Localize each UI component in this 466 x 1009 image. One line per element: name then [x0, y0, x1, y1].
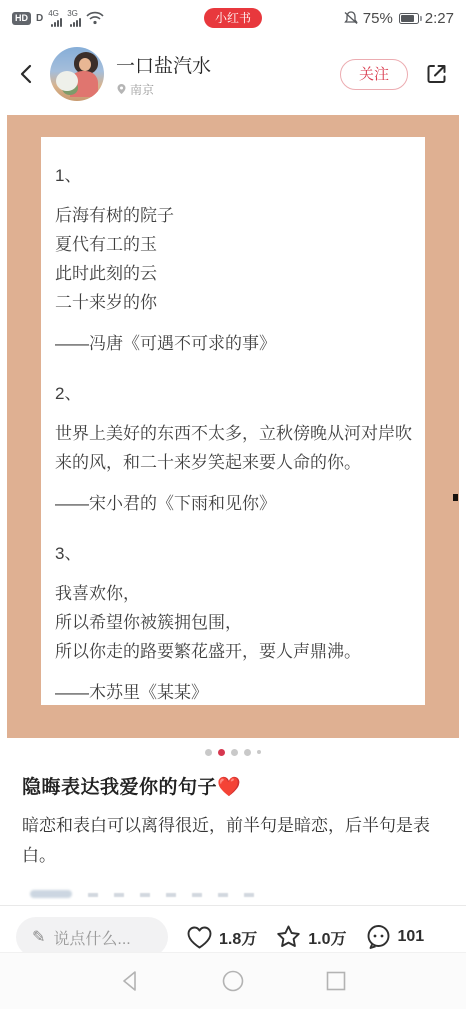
poem-card: 1、 后海有树的院子 夏代有工的玉 此时此刻的云 二十来岁的你 ——冯唐《可遇不…	[41, 137, 425, 705]
poem-line: 夏代有工的玉	[55, 230, 417, 259]
status-bar: HD D 4G 3G 小红书 75% 2:27	[0, 0, 466, 36]
nav-recents-icon[interactable]	[324, 969, 348, 993]
poem-line: 此时此刻的云	[55, 259, 417, 288]
post-body: 暗恋和表白可以离得很近，前半句是暗恋，后半句是表白。	[22, 811, 444, 871]
poem-line: 二十来岁的你	[55, 288, 417, 317]
bell-muted-icon	[343, 10, 359, 26]
back-icon[interactable]	[16, 63, 38, 85]
section-number: 2、	[55, 379, 417, 408]
poem-attribution: ——冯唐《可遇不可求的事》	[55, 329, 417, 358]
poem-line: 我喜欢你，	[55, 579, 417, 608]
like-count: 1.8万	[219, 926, 257, 949]
poem-line: 世界上美好的东西不太多，立秋傍晚从河对岸吹来的风，和二十来岁笑起来要人命的你。	[55, 419, 417, 477]
poem-section-2: 2、 世界上美好的东西不太多，立秋傍晚从河对岸吹来的风，和二十来岁笑起来要人命的…	[55, 379, 417, 518]
nav-back-icon[interactable]	[118, 969, 142, 993]
location-row: 南京	[116, 81, 211, 98]
like-action[interactable]: 1.8万	[186, 925, 257, 950]
avatar[interactable]	[50, 47, 104, 101]
location-label: 南京	[130, 81, 154, 98]
signal-3g-icon: 3G	[70, 10, 81, 27]
android-nav-bar	[0, 952, 466, 1009]
comment-count: 101	[398, 928, 425, 946]
poem-section-3: 3、 我喜欢你， 所以希望你被簇拥包围， 所以你走的路要繁花盛开，要人声鼎沸。 …	[55, 539, 417, 705]
poem-line: 所以你走的路要繁花盛开，要人声鼎沸。	[55, 637, 417, 666]
share-icon[interactable]	[424, 61, 450, 87]
star-icon	[275, 924, 302, 950]
page-dot	[231, 749, 238, 756]
section-number: 3、	[55, 539, 417, 568]
poem-section-1: 1、 后海有树的院子 夏代有工的玉 此时此刻的云 二十来岁的你 ——冯唐《可遇不…	[55, 161, 417, 358]
poem-line: 后海有树的院子	[55, 201, 417, 230]
red-heart-emoji: ❤️	[217, 777, 241, 798]
status-right: 75% 2:27	[304, 10, 454, 27]
poem-attribution: ——木苏里《某某》	[55, 678, 417, 705]
poem-line: 所以希望你被簇拥包围，	[55, 608, 417, 637]
battery-percent: 75%	[363, 10, 393, 27]
note-image[interactable]: 1、 后海有树的院子 夏代有工的玉 此时此刻的云 二十来岁的你 ——冯唐《可遇不…	[7, 115, 459, 738]
wifi-icon	[86, 11, 104, 25]
post-content: 隐晦表达我爱你的句子❤️ 暗恋和表白可以离得很近，前半句是暗恋，后半句是表白。	[0, 757, 466, 900]
section-number: 1、	[55, 161, 417, 190]
xiaohongshu-app-badge: 小红书	[204, 8, 262, 28]
clock-time: 2:27	[425, 10, 454, 27]
nav-home-icon[interactable]	[221, 969, 245, 993]
edge-artifact	[453, 494, 458, 501]
comment-action[interactable]: 101	[365, 924, 425, 950]
heart-icon	[186, 925, 213, 950]
follow-button[interactable]: 关注	[340, 59, 408, 90]
comment-input[interactable]: ✎ 说点什么...	[16, 917, 168, 957]
sim-icon: D	[36, 13, 43, 24]
page-dot-active	[218, 749, 225, 756]
truncated-tag-fragment	[30, 890, 72, 898]
username[interactable]: 一口盐汽水	[116, 51, 211, 78]
battery-icon	[399, 13, 419, 24]
hd-icon: HD	[12, 12, 31, 25]
status-left: HD D 4G 3G	[12, 10, 162, 27]
collect-action[interactable]: 1.0万	[275, 924, 346, 950]
page-dot	[257, 750, 261, 754]
comment-bubble-icon	[365, 924, 392, 950]
post-title: 隐晦表达我爱你的句子❤️	[22, 772, 444, 799]
truncated-tag-row	[22, 884, 444, 900]
pencil-icon: ✎	[32, 927, 45, 947]
avatar-flowers	[56, 71, 78, 91]
truncated-text-fragment	[88, 893, 268, 897]
avatar-face	[79, 58, 91, 71]
user-info: 一口盐汽水 南京	[116, 51, 211, 98]
collect-count: 1.0万	[308, 926, 346, 949]
page-dot	[244, 749, 251, 756]
note-header: 一口盐汽水 南京 关注	[0, 36, 466, 112]
carousel-pagination	[0, 747, 466, 757]
signal-4g-icon: 4G	[51, 10, 62, 27]
page-dot	[205, 749, 212, 756]
location-pin-icon	[116, 83, 127, 95]
comment-placeholder: 说点什么...	[53, 926, 130, 949]
poem-attribution: ——宋小君的《下雨和见你》	[55, 489, 417, 518]
